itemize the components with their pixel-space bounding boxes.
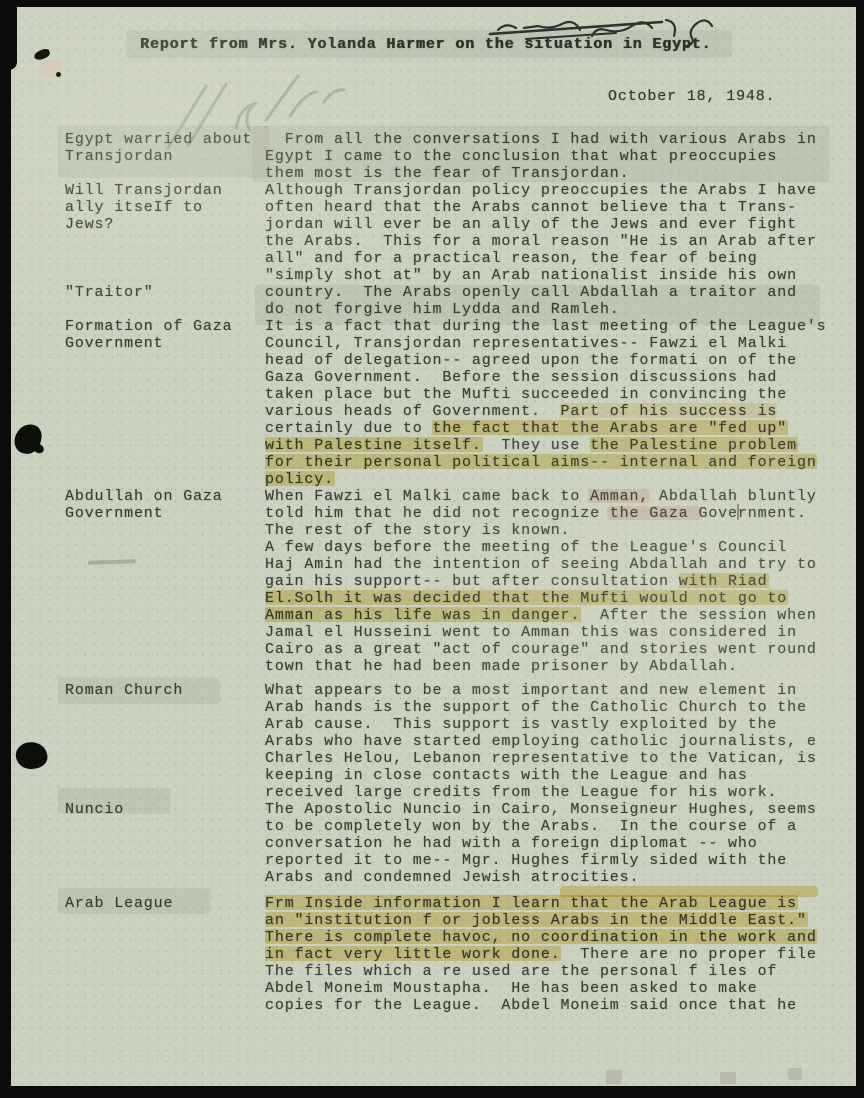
tape-mark <box>606 1070 622 1084</box>
margin-label: Will Transjordan ally itseIf to Jews? <box>65 182 265 284</box>
scan-edge-top <box>0 0 864 7</box>
scan-edge-bottom <box>0 1086 864 1098</box>
section-text: What appears to be a most important and … <box>265 682 817 801</box>
section-text: When Fawzi el Malki came back to Amman, … <box>265 488 817 675</box>
tape-mark <box>720 1072 736 1084</box>
report-date: October 18, 1948. <box>608 88 775 105</box>
margin-label: Arab League <box>65 895 265 1014</box>
margin-label: Egypt warried about Transjordan <box>65 131 265 182</box>
margin-label: Formation of Gaza Government <box>65 318 265 488</box>
section-abdullah-gaza: Abdullah on Gaza Government When Fawzi e… <box>0 488 864 675</box>
section-egypt-worried: Egypt warried about Transjordan From all… <box>0 131 864 182</box>
margin-label: Nuncio <box>65 801 265 886</box>
section-text: country. The Arabs openly call Abdallah … <box>265 284 797 318</box>
section-nuncio: Nuncio The Apostolic Nuncio in Cairo, Mo… <box>0 801 864 886</box>
tape-mark <box>788 1068 802 1080</box>
section-text: Frm Inside information I learn that the … <box>265 895 817 1014</box>
section-gaza-formation: Formation of Gaza Government It is a fac… <box>0 318 864 488</box>
section-transjordan-ally: Will Transjordan ally itseIf to Jews? Al… <box>0 182 864 284</box>
section-text: The Apostolic Nuncio in Cairo, Monseigne… <box>265 801 817 886</box>
section-text: It is a fact that during the last meetin… <box>265 318 827 488</box>
section-arab-league: Arab League Frm Inside information I lea… <box>0 895 864 1014</box>
report-title: Report from Mrs. Yolanda Harmer on the s… <box>140 36 711 53</box>
scan-edge-corner <box>0 0 17 70</box>
section-text: Although Transjordan policy preoccupies … <box>265 182 817 284</box>
report-body: Egypt warried about Transjordan From all… <box>0 131 864 1014</box>
section-roman-church: Roman Church What appears to be a most i… <box>0 682 864 801</box>
margin-label: Roman Church <box>65 682 265 801</box>
section-traitor: "Traitor" country. The Arabs openly call… <box>0 284 864 318</box>
margin-label: Abdullah on Gaza Government <box>65 488 265 675</box>
section-text: From all the conversations I had with va… <box>265 131 817 182</box>
margin-label: "Traitor" <box>65 284 265 318</box>
scanned-report-page: Report from Mrs. Yolanda Harmer on the s… <box>0 0 864 1098</box>
ink-speck <box>56 72 61 77</box>
